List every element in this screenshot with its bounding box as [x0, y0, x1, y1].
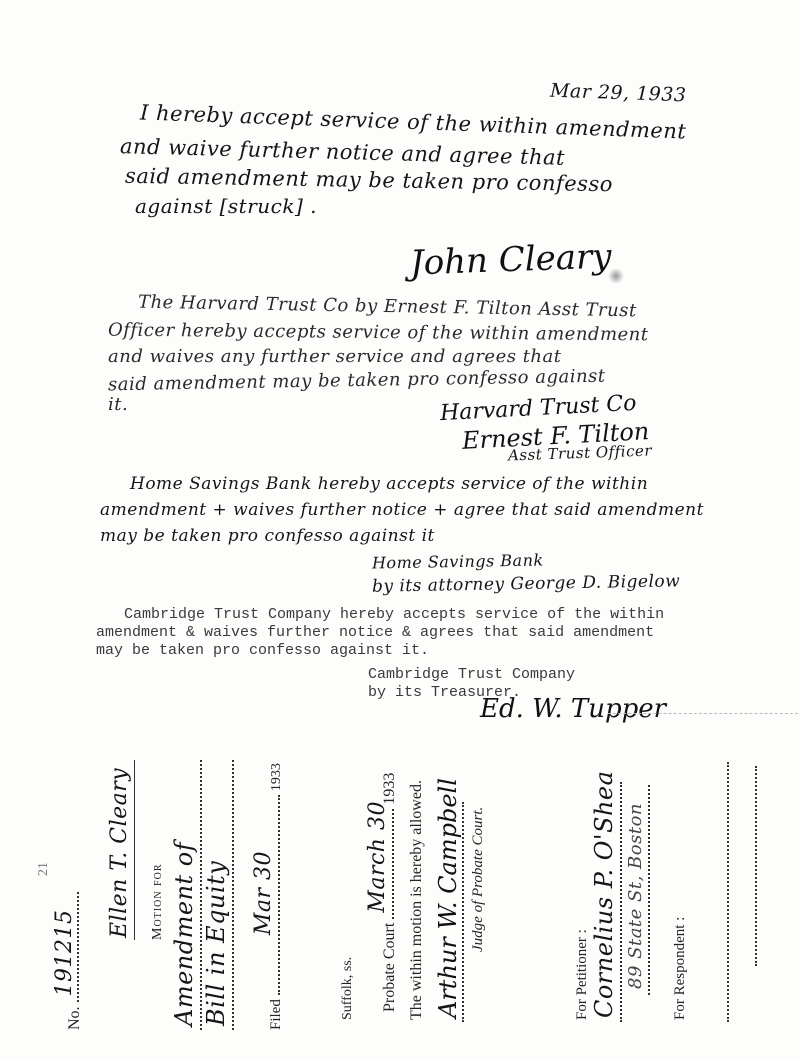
case-number: 191215: [52, 909, 77, 996]
probate-court-label: Probate Court: [381, 923, 398, 1012]
judge-signature: Arthur W. Campbell: [434, 778, 462, 1018]
petitioner-row: Cornelius P. O'Shea: [590, 782, 627, 1022]
signature-john-cleary: John Cleary: [409, 236, 612, 283]
filed-row: Filed Mar 30 1933: [256, 763, 285, 1030]
statement-4-line-2: amendment & waives further notice & agre…: [96, 624, 654, 642]
probate-date: March 30: [365, 801, 390, 913]
allowed-text: The within motion is hereby allowed.: [408, 780, 426, 1020]
statement-4-line-1: Cambridge Trust Company hereby accepts s…: [124, 606, 664, 624]
signature-tupper: Ed. W. Tupper: [480, 694, 666, 724]
statement-1-line-4: against [struck] .: [135, 194, 317, 218]
statement-2-line-3: and waives any further service and agree…: [108, 346, 561, 367]
respondent-line-1: [716, 762, 734, 1022]
respondent-line-2: [744, 766, 762, 966]
party-row: Ellen T. Cleary: [110, 760, 140, 940]
petitioner-name: Cornelius P. O'Shea: [590, 771, 618, 1018]
docket-section: No. 191215 21 Ellen T. Cleary Motion for…: [0, 730, 800, 1059]
statement-3-line-3: may be taken pro confesso against it: [100, 526, 435, 546]
statement-2-line-2: Officer hereby accepts service of the wi…: [108, 320, 649, 346]
signature-home-savings: Home Savings Bank: [372, 551, 544, 573]
county-label: Suffolk, ss.: [340, 957, 356, 1020]
probate-court-row: Probate Court March 30 1933: [368, 773, 399, 1012]
document-page: Mar 29, 1933 I hereby accept service of …: [0, 0, 800, 1059]
filed-label: Filed: [268, 999, 284, 1030]
probate-year: 1933: [381, 773, 398, 805]
statement-3-line-2: amendment + waives further notice + agre…: [100, 500, 704, 520]
fold-line: [608, 713, 798, 714]
docket-number-row: No. 191215: [66, 892, 84, 1030]
statement-2-line-1: The Harvard Trust Co by Ernest F. Tilton…: [138, 292, 637, 322]
judge-label: Judge of Probate Court.: [470, 807, 487, 952]
signature-bigelow: by its attorney George D. Bigelow: [372, 571, 681, 596]
statement-4-line-3: may be taken pro confesso against it.: [96, 642, 429, 660]
petitioner-label: For Petitioner :: [574, 929, 591, 1020]
motion-text-2: Bill in Equity: [202, 861, 230, 1026]
petitioner-address-row: 89 State St, Boston: [624, 785, 655, 995]
filed-date: Mar 30: [251, 851, 276, 935]
ink-blot: [608, 268, 624, 284]
statement-2-line-4: said amendment may be taken pro confesso…: [108, 366, 606, 396]
margin-mark: 21: [36, 862, 52, 876]
filed-year: 1933: [269, 763, 284, 791]
party-name: Ellen T. Cleary: [107, 768, 132, 938]
statement-2-line-5: it.: [108, 394, 128, 415]
petitioner-address: 89 State St, Boston: [625, 803, 646, 989]
motion-for-label: Motion for: [150, 863, 166, 940]
statement-3-line-1: Home Savings Bank hereby accepts service…: [130, 474, 648, 494]
motion-text-1: Amendment of: [170, 842, 198, 1026]
respondent-label: For Respondent :: [672, 917, 689, 1020]
judge-row: Arthur W. Campbell: [432, 802, 469, 1022]
motion-line-2: Bill in Equity: [204, 760, 239, 1030]
date-written: Mar 29, 1933: [550, 80, 687, 107]
signature-title: Asst Trust Officer: [508, 441, 653, 464]
number-label: No.: [66, 1006, 83, 1030]
cambridge-trust-company: Cambridge Trust Company: [368, 666, 575, 684]
